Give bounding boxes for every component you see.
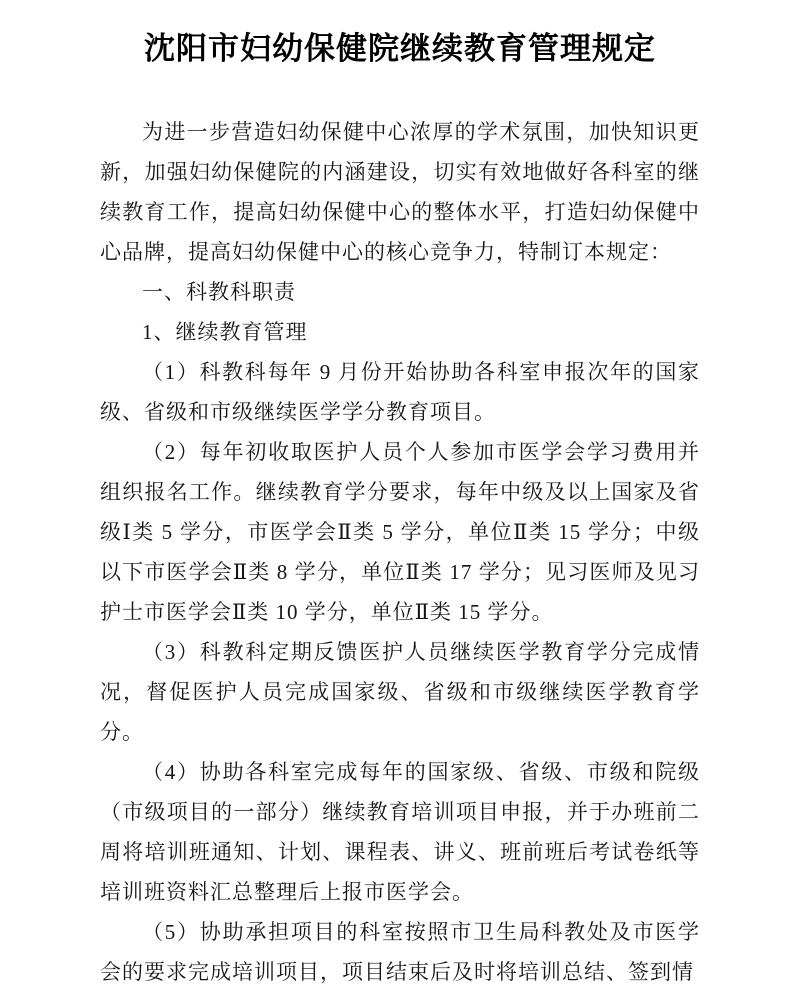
paragraph: 为进一步营造妇幼保健中心浓厚的学术氛围，加快知识更新，加强妇幼保健院的内涵建设，… <box>100 112 700 272</box>
paragraph: 1、继续教育管理 <box>100 312 700 352</box>
paragraph: （2）每年初收取医护人员个人参加市医学会学习费用并组织报名工作。继续教育学分要求… <box>100 432 700 632</box>
paragraph: （3）科教科定期反馈医护人员继续医学教育学分完成情况，督促医护人员完成国家级、省… <box>100 632 700 752</box>
paragraph: （4）协助各科室完成每年的国家级、省级、市级和院级（市级项目的一部分）继续教育培… <box>100 752 700 912</box>
document-page: 沈阳市妇幼保健院继续教育管理规定 为进一步营造妇幼保健中心浓厚的学术氛围，加快知… <box>0 0 800 1001</box>
document-title: 沈阳市妇幼保健院继续教育管理规定 <box>100 30 700 68</box>
paragraph: （1）科教科每年 9 月份开始协助各科室申报次年的国家级、省级和市级继续医学学分… <box>100 352 700 432</box>
paragraph: （5）协助承担项目的科室按照市卫生局科教处及市医学会的要求完成培训项目，项目结束… <box>100 912 700 992</box>
document-body: 为进一步营造妇幼保健中心浓厚的学术氛围，加快知识更新，加强妇幼保健院的内涵建设，… <box>100 112 700 992</box>
paragraph: 一、科教科职责 <box>100 272 700 312</box>
